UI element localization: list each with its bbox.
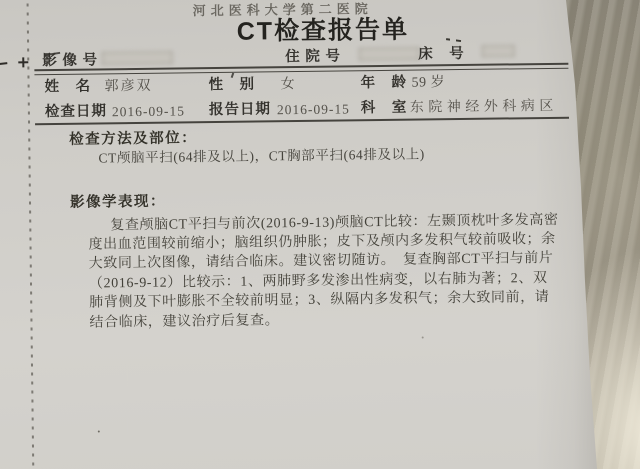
perforation-dotted-line: [27, 3, 35, 469]
pen-mark-small-dashes: [446, 38, 461, 42]
exam-date-value: 2016-09-15: [112, 103, 185, 119]
findings-line: 结合临床，建议治疗后复查。: [89, 313, 279, 331]
findings-line: 肺背侧及下叶膨胀不全较前明显；3、纵隔内多发积气；余大致同前，请: [89, 290, 549, 312]
report-paper: 河北医科大学第二医院 CT检查报告单 影 像 号 住 院 号 床 号 姓 名 郭…: [0, 0, 640, 469]
method-section-heading: 检查方法及部位：: [69, 130, 197, 148]
gender-label: 性 别: [208, 77, 255, 94]
name-label: 姓 名: [45, 79, 92, 96]
findings-section-heading: 影像学表现：: [70, 194, 166, 212]
patient-gender: 女: [280, 77, 295, 93]
report-content: 河北医科大学第二医院 CT检查报告单 影 像 号 住 院 号 床 号 姓 名 郭…: [0, 0, 640, 469]
patient-age: 59 岁: [411, 75, 445, 92]
patient-name: 郭彦双: [105, 79, 153, 96]
findings-line: 复查颅脑CT平扫与前次(2016-9-13)颅脑CT比较：左颞顶枕叶多发高密: [110, 213, 558, 235]
pen-mark-dash: [0, 62, 7, 65]
report-date-label: 报告日期: [209, 101, 271, 118]
bed-no-redacted-value: [481, 44, 515, 57]
bed-no-label: 床 号: [418, 46, 465, 63]
method-value: CT颅脑平扫(64排及以上)，CT胸部平扫(64排及以上): [98, 146, 425, 166]
admission-no-redacted-value: [358, 47, 420, 62]
admission-no-label: 住 院 号: [285, 48, 341, 65]
findings-line: 度出血范围较前缩小；脑组织仍肿胀；皮下及颅内多发积气较前吸收；余: [88, 232, 555, 254]
pen-mark-plus: [18, 57, 28, 67]
department-label: 科 室: [361, 100, 408, 117]
image-no-label: 影 像 号: [42, 52, 98, 69]
report-date-value: 2016-09-15: [277, 101, 350, 117]
exam-date-label: 检查日期: [45, 103, 107, 120]
paper-speck: [422, 336, 424, 338]
report-title: CT检查报告单: [208, 15, 438, 47]
paper-speck: [98, 430, 100, 432]
findings-line: 大致同上次图像，请结合临床。建议密切随访。 复查胸部CT平扫与前片: [89, 251, 554, 273]
department-value: 东院神经外科病区: [410, 99, 558, 117]
photo-of-ct-report: 河北医科大学第二医院 CT检查报告单 影 像 号 住 院 号 床 号 姓 名 郭…: [0, 0, 640, 469]
image-no-redacted-value: [101, 51, 173, 66]
findings-line: （2016-9-12）比较示：1、两肺野多发渗出性病变，以右肺为著；2、双: [89, 271, 548, 293]
age-label: 年 龄: [360, 75, 407, 92]
